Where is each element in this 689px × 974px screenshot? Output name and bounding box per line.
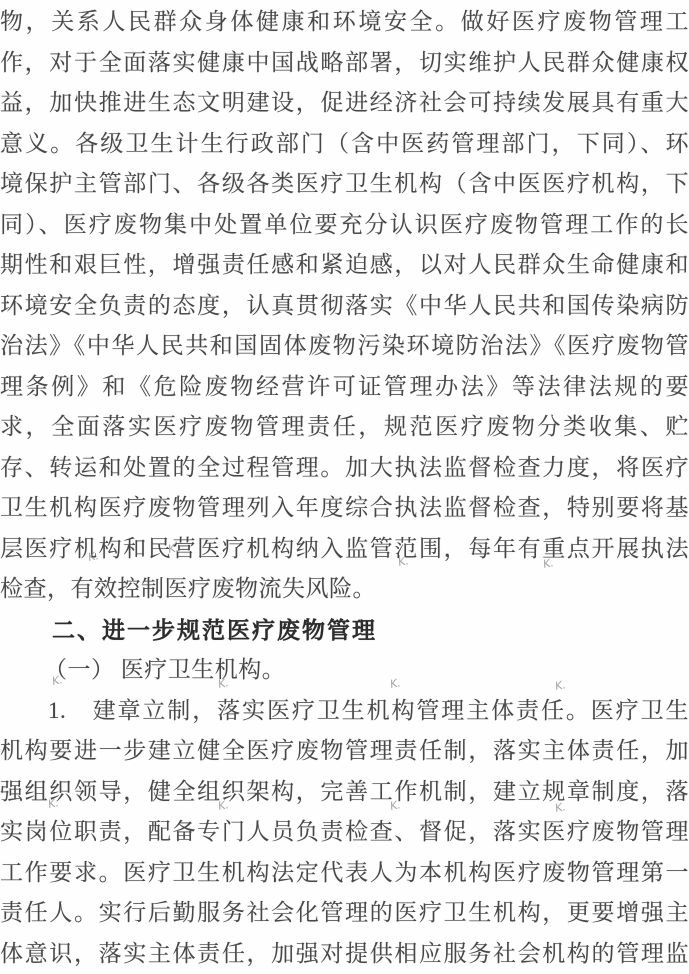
text-line: 环境安全负责的态度，认真贯彻落实《中华人民共和国传染病防 <box>0 286 689 327</box>
text-line: 实岗位职责，配备专门人员负责检查、督促，落实医疗废物管理 <box>0 812 689 853</box>
text-line: 物，关系人民群众身体健康和环境安全。做好医疗废物管理工 <box>0 2 689 43</box>
text-line: 作，对于全面落实健康中国战略部署，切实维护人民群众健康权 <box>0 43 689 84</box>
text-line: 境保护主管部门、各级各类医疗卫生机构（含中医医疗机构，下 <box>0 164 689 205</box>
text-line: 意义。各级卫生计生行政部门（含中医药管理部门，下同）、环 <box>0 124 689 165</box>
text-line: 强组织领导，健全组织架构，完善工作机制，建立规章制度，落 <box>0 772 689 813</box>
text-line: 益，加快推进生态文明建设，促进经济社会可持续发展具有重大 <box>0 83 689 124</box>
text-line: 求，全面落实医疗废物管理责任，规范医疗废物分类收集、贮 <box>0 407 689 448</box>
text-line: 体意识，落实主体责任，加强对提供相应服务社会机构的管理监 <box>0 934 689 974</box>
text-line: 期性和艰巨性，增强责任感和紧迫感，以对人民群众生命健康和 <box>0 245 689 286</box>
text-line: 卫生机构医疗废物管理列入年度综合执法监督检查，特别要将基 <box>0 488 689 529</box>
text-line: 存、转运和处置的全过程管理。加大执法监督检查力度，将医疗 <box>0 448 689 489</box>
subsection-label: （一） 医疗卫生机构。 <box>0 650 689 691</box>
paragraph-end-line: 检查，有效控制医疗废物流失风险。 <box>0 569 689 610</box>
document-page: 物，关系人民群众身体健康和环境安全。做好医疗废物管理工 作，对于全面落实健康中国… <box>0 0 689 974</box>
text-line: 层医疗机构和民营医疗机构纳入监管范围，每年有重点开展执法 <box>0 529 689 570</box>
text-line: 工作要求。医疗卫生机构法定代表人为本机构医疗废物管理第一 <box>0 853 689 894</box>
text-line: 治法》《中华人民共和国固体废物污染环境防治法》《医疗废物管 <box>0 326 689 367</box>
text-line: 责任人。实行后勤服务社会化管理的医疗卫生机构，更要增强主 <box>0 893 689 934</box>
text-line: 机构要进一步建立健全医疗废物管理责任制，落实主体责任，加 <box>0 731 689 772</box>
text-line: 同）、医疗废物集中处置单位要充分认识医疗废物管理工作的长 <box>0 205 689 246</box>
section-heading: 二、进一步规范医疗废物管理 <box>0 610 689 651</box>
text-line: 理条例》和《危险废物经营许可证管理办法》等法律法规的要 <box>0 367 689 408</box>
paragraph-start-line: 1. 建章立制，落实医疗卫生机构管理主体责任。医疗卫生 <box>0 691 689 732</box>
